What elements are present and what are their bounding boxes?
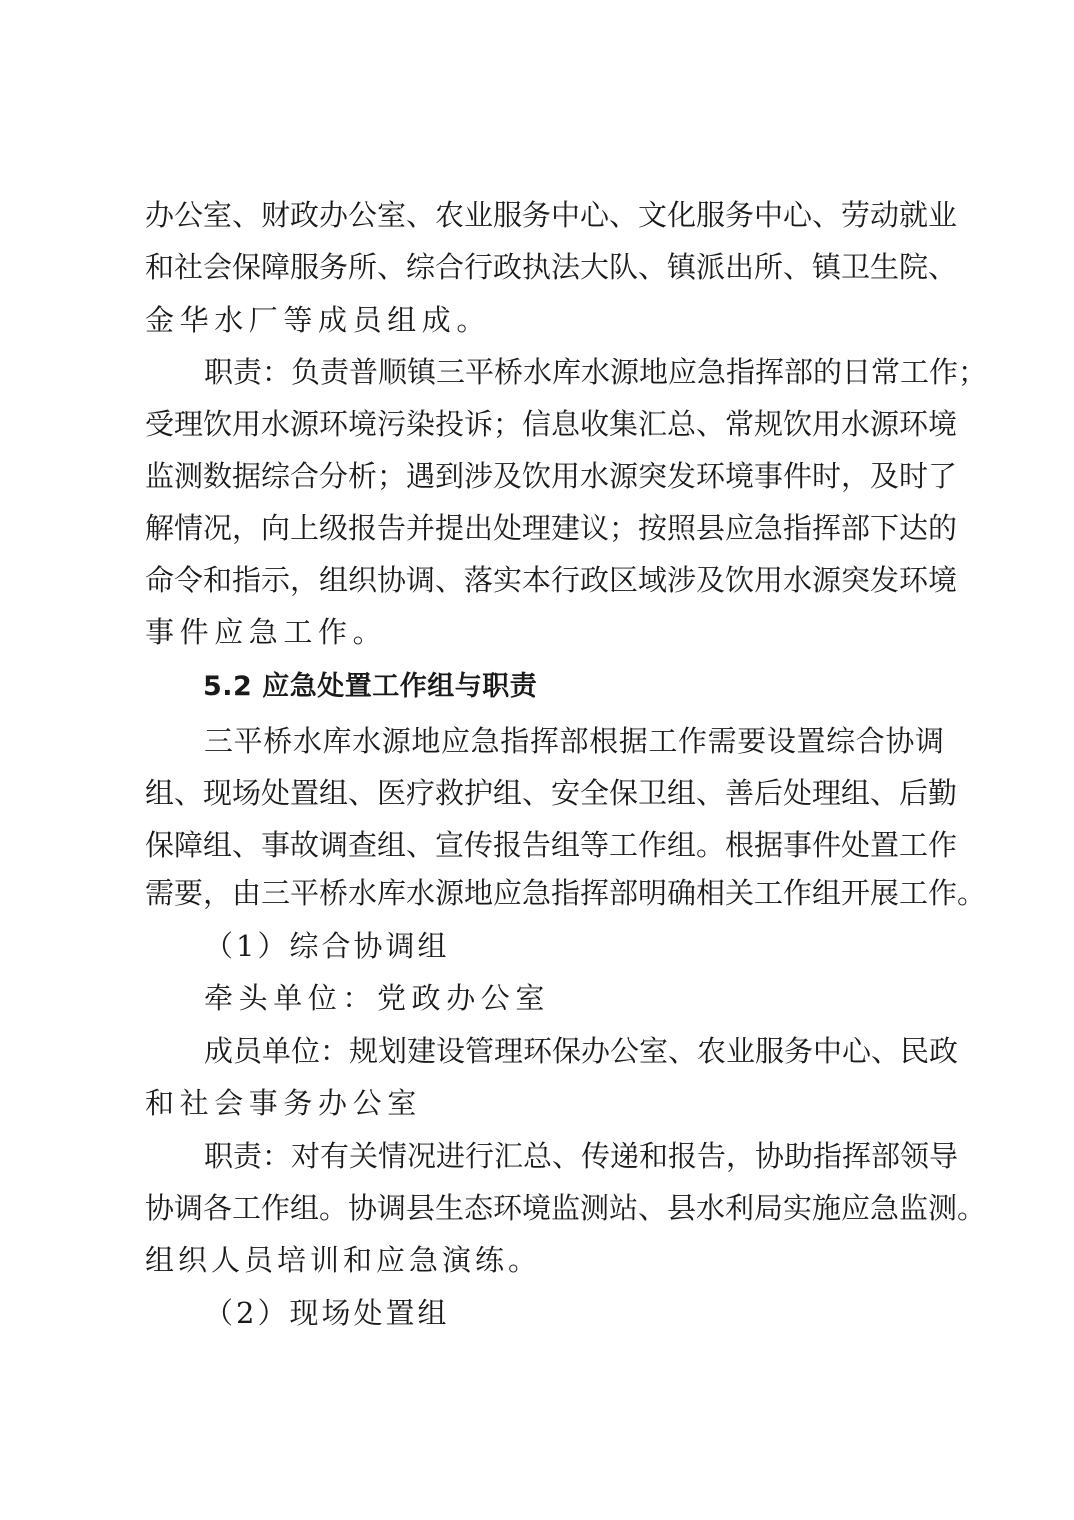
paragraph-line: 解情况，向上级报告并提出处理建议；按照县应急指挥部下达的 bbox=[145, 508, 945, 548]
paragraph-line: 职责：对有关情况进行汇总、传递和报告，协助指挥部领导 bbox=[204, 1136, 944, 1176]
paragraph-line: 三平桥水库水源地应急指挥部根据工作需要设置综合协调 bbox=[204, 721, 944, 761]
paragraph-line: 保障组、事故调查组、宣传报告组等工作组。根据事件处置工作 bbox=[145, 825, 945, 865]
paragraph-line: 职责：负责普顺镇三平桥水库水源地应急指挥部的日常工作； bbox=[204, 352, 946, 392]
paragraph-line: 组、现场处置组、医疗救护组、安全保卫组、善后处理组、后勤 bbox=[145, 773, 945, 813]
paragraph-line: 事件应急工作。 bbox=[145, 612, 387, 652]
paragraph-line: 协调各工作组。协调县生态环境监测站、县水利局实施应急监测。 bbox=[145, 1188, 951, 1228]
subsection-title: （2）现场处置组 bbox=[204, 1293, 449, 1333]
section-heading: 5.2 应急处置工作组与职责 bbox=[203, 667, 537, 707]
paragraph-line: 监测数据综合分析；遇到涉及饮用水源突发环境事件时，及时了 bbox=[145, 456, 945, 496]
paragraph-line: 需要，由三平桥水库水源地应急指挥部明确相关工作组开展工作。 bbox=[145, 873, 957, 913]
member-units-line: 成员单位：规划建设管理环保办公室、农业服务中心、民政 bbox=[204, 1031, 944, 1071]
document-page: 办公室、财政办公室、农业服务中心、文化服务中心、劳动就业 和社会保障服务所、综合… bbox=[0, 0, 1074, 1520]
paragraph-line: 办公室、财政办公室、农业服务中心、文化服务中心、劳动就业 bbox=[145, 195, 945, 235]
paragraph-line: 受理饮用水源环境污染投诉；信息收集汇总、常规饮用水源环境 bbox=[145, 404, 945, 444]
lead-unit-line: 牵头单位：党政办公室 bbox=[204, 978, 550, 1018]
paragraph-line: 命令和指示，组织协调、落实本行政区域涉及饮用水源突发环境 bbox=[145, 560, 945, 600]
member-units-line: 和社会事务办公室 bbox=[145, 1083, 422, 1123]
paragraph-line: 组织人员培训和应急演练。 bbox=[145, 1240, 541, 1280]
subsection-title: （1）综合协调组 bbox=[204, 926, 449, 966]
paragraph-line: 和社会保障服务所、综合行政执法大队、镇派出所、镇卫生院、 bbox=[145, 247, 945, 287]
paragraph-line: 金华水厂等成员组成。 bbox=[145, 300, 491, 340]
